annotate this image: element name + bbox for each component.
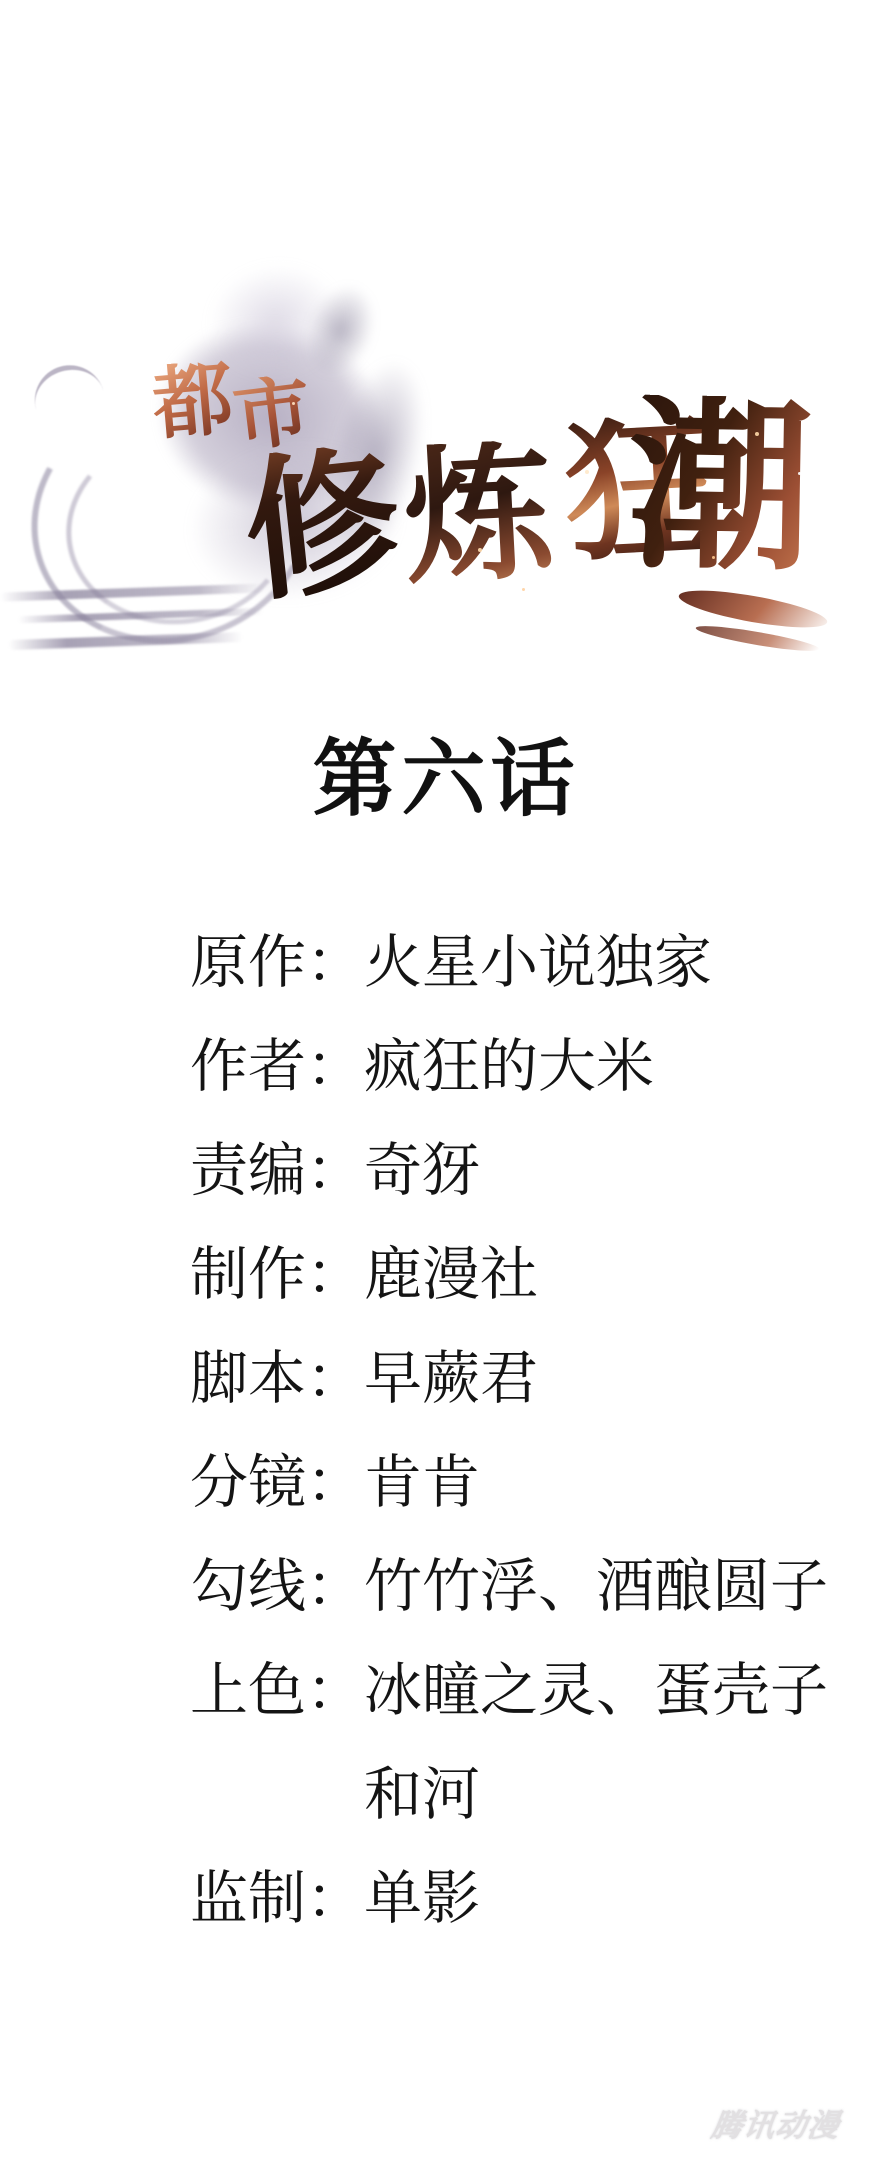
glitter-speck (585, 470, 589, 474)
logo-char-lian: 炼 (401, 438, 557, 594)
credit-names: 冰瞳之灵、蛋壳子 (364, 1658, 828, 1723)
credit-row: 制作：鹿漫社 (190, 1242, 538, 1309)
credit-row: 责编：奇犽 (190, 1138, 480, 1205)
credit-role: 制作： (190, 1242, 364, 1309)
credit-names: 肯肯 (364, 1450, 480, 1515)
logo-char-du: 都 (150, 359, 237, 446)
credit-role: 原作： (190, 930, 364, 997)
credit-names: 单影 (364, 1866, 480, 1931)
credit-role: 分镜： (190, 1450, 364, 1517)
series-logo: 都 市 修 炼 狂 潮 (0, 0, 880, 700)
glitter-speck (712, 556, 715, 559)
credit-names: 早蕨君 (364, 1346, 538, 1411)
credit-row: 原作：火星小说独家 (190, 930, 712, 997)
glitter-speck (478, 548, 482, 552)
credit-role: 监制： (190, 1866, 364, 1933)
credit-row: 监制：单影 (190, 1866, 480, 1933)
credit-names: 竹竹浮、酒酿圆子 (364, 1554, 828, 1619)
comic-title-page: 都 市 修 炼 狂 潮 第六话 原作：火星小说独家 作者：疯狂的大米 责编：奇犽… (0, 0, 880, 2160)
credit-names: 疯狂的大米 (364, 1034, 654, 1099)
glitter-speck (292, 402, 295, 405)
credit-row: 勾线：竹竹浮、酒酿圆子 (190, 1554, 828, 1621)
glitter-speck (522, 588, 525, 591)
platform-watermark: 腾讯动漫 (709, 2100, 843, 2145)
credit-row: 脚本：早蕨君 (190, 1346, 538, 1413)
credit-role: 责编： (190, 1138, 364, 1205)
credit-names: 和河 (364, 1762, 480, 1827)
credit-names: 火星小说独家 (364, 930, 712, 995)
chapter-heading: 第六话 (0, 712, 880, 833)
glitter-speck (798, 472, 801, 475)
credit-row: 作者：疯狂的大米 (190, 1034, 654, 1101)
logo-char-chao: 潮 (626, 394, 814, 582)
glitter-speck (638, 524, 641, 527)
credit-role: 上色： (190, 1658, 364, 1725)
credit-names: 奇犽 (364, 1138, 480, 1203)
logo-char-xiu: 修 (237, 440, 407, 610)
credit-row: 分镜：肯肯 (190, 1450, 480, 1517)
credit-role: 作者： (190, 1034, 364, 1101)
credit-role: 勾线： (190, 1554, 364, 1621)
glitter-speck (755, 432, 759, 436)
credit-names: 鹿漫社 (364, 1242, 538, 1307)
brush-hook-stroke (27, 357, 104, 410)
credit-role: 脚本： (190, 1346, 364, 1413)
credit-row-continuation: 和河 (190, 1762, 480, 1829)
credit-row: 上色：冰瞳之灵、蛋壳子 (190, 1658, 828, 1725)
